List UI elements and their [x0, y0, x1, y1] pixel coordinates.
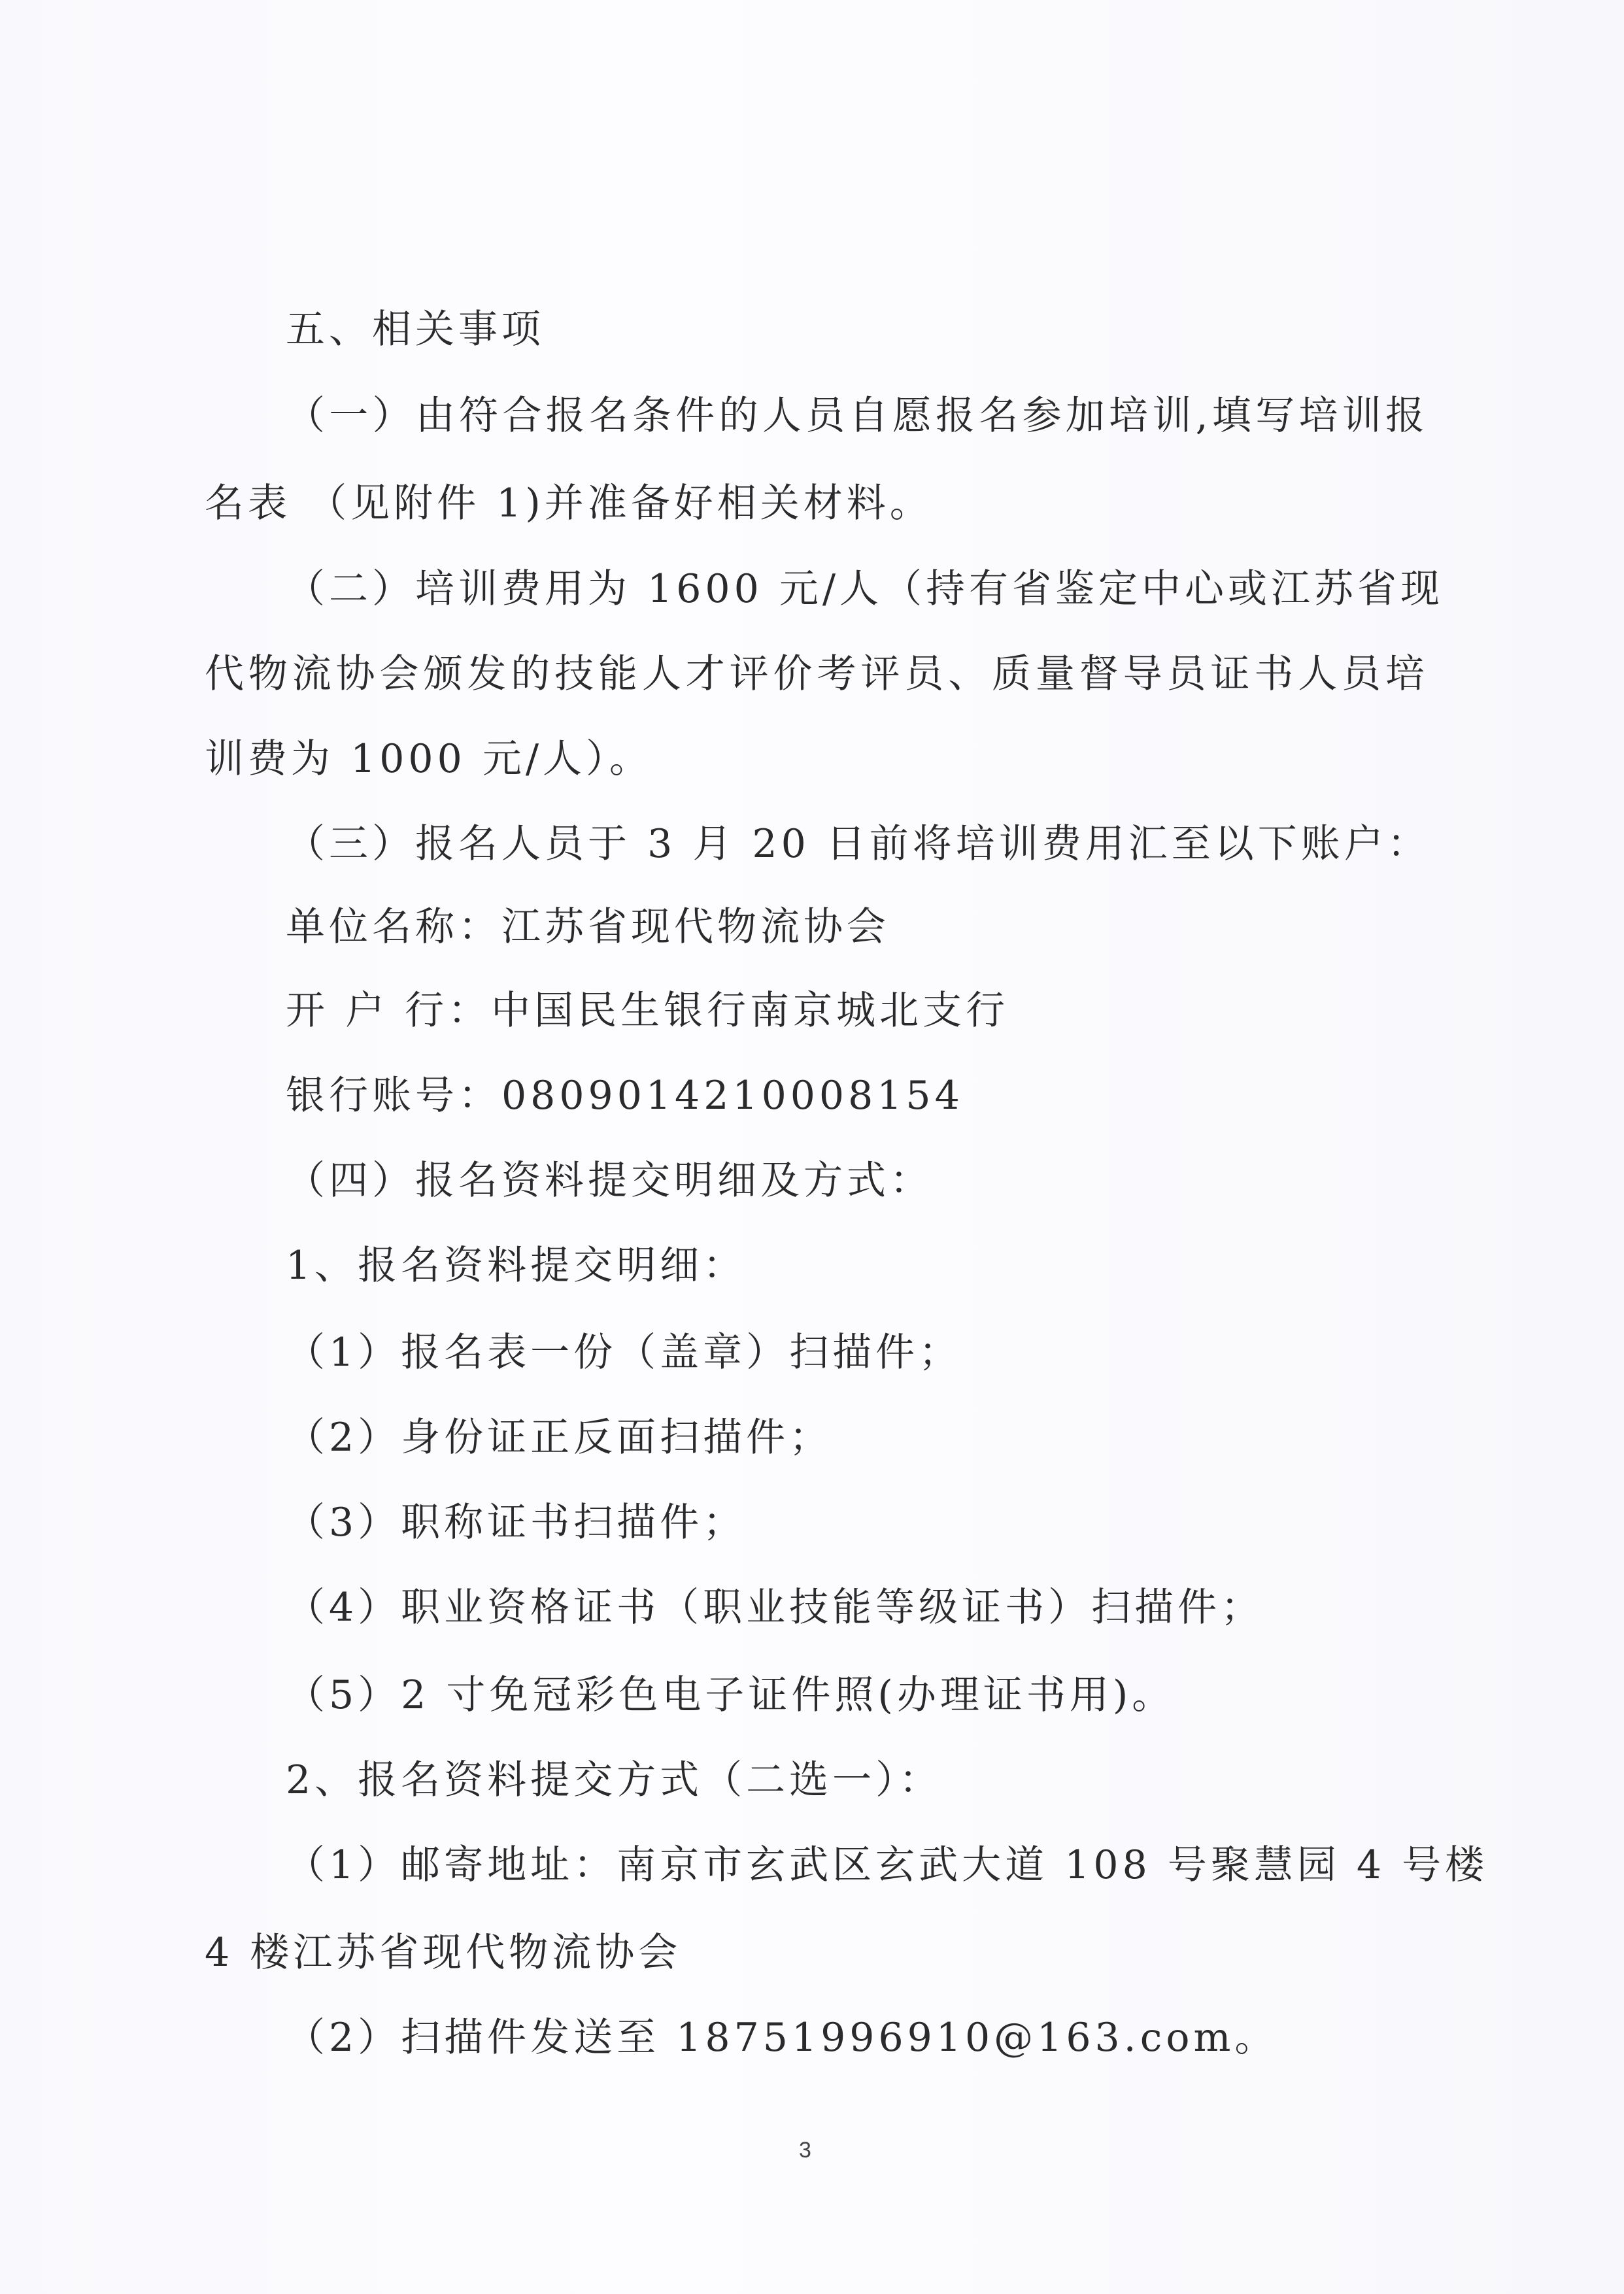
method-2: （2）扫描件发送至 18751996910@163.com。	[286, 2012, 1510, 2064]
detail-item: （2）身份证正反面扫描件；	[286, 1411, 1510, 1464]
item-3-line-1: （三）报名人员于 3 月 20 日前将培训费用汇至以下账户：	[286, 818, 1510, 870]
page-number: 3	[799, 2138, 811, 2163]
detail-item: （3）职称证书扫描件；	[286, 1496, 1510, 1549]
section-title: 五、相关事项	[286, 303, 1510, 356]
account-name-value: 江苏省现代物流协会	[501, 904, 890, 950]
detail-item: （1）报名表一份（盖章）扫描件；	[286, 1326, 1510, 1379]
document-page: 五、相关事项 （一）由符合报名条件的人员自愿报名参加培训,填写培训报 名表 （见…	[0, 0, 1624, 2294]
account-number-label: 银行账号：	[286, 1073, 501, 1119]
detail-item: （5）2 寸免冠彩色电子证件照(办理证书用)。	[286, 1669, 1510, 1721]
bank-label: 开 户 行：	[286, 988, 491, 1034]
bank-value: 中国民生银行南京城北支行	[491, 988, 1009, 1034]
detail-item: （4）职业资格证书（职业技能等级证书）扫描件；	[286, 1581, 1510, 1634]
item-4-line-1: （四）报名资料提交明细及方式：	[286, 1155, 1510, 1207]
account-number-value: 0809014210008154	[501, 1073, 964, 1119]
bank-row: 开 户 行：中国民生银行南京城北支行	[286, 985, 1510, 1037]
item-2-line-2: 代物流协会颁发的技能人才评价考评员、质量督导员证书人员培	[205, 648, 1429, 700]
method-1-line-1: （1）邮寄地址：南京市玄武区玄武大道 108 号聚慧园 4 号楼	[286, 1839, 1429, 1891]
account-number-row: 银行账号：0809014210008154	[286, 1070, 1510, 1122]
account-name-label: 单位名称：	[286, 904, 501, 950]
item-1-line-1: （一）由符合报名条件的人员自愿报名参加培训,填写培训报	[286, 390, 1429, 442]
methods-heading: 2、报名资料提交方式（二选一）：	[286, 1754, 1510, 1806]
item-2-line-3: 训费为 1000 元/人）。	[205, 733, 1429, 785]
details-heading: 1、报名资料提交明细：	[286, 1240, 1510, 1292]
method-1-line-2: 4 楼江苏省现代物流协会	[205, 1927, 1429, 1979]
item-2-line-1: （二）培训费用为 1600 元/人（持有省鉴定中心或江苏省现	[286, 563, 1429, 615]
item-1-line-2: 名表 （见附件 1)并准备好相关材料。	[205, 477, 1429, 530]
account-name-row: 单位名称：江苏省现代物流协会	[286, 901, 1510, 953]
